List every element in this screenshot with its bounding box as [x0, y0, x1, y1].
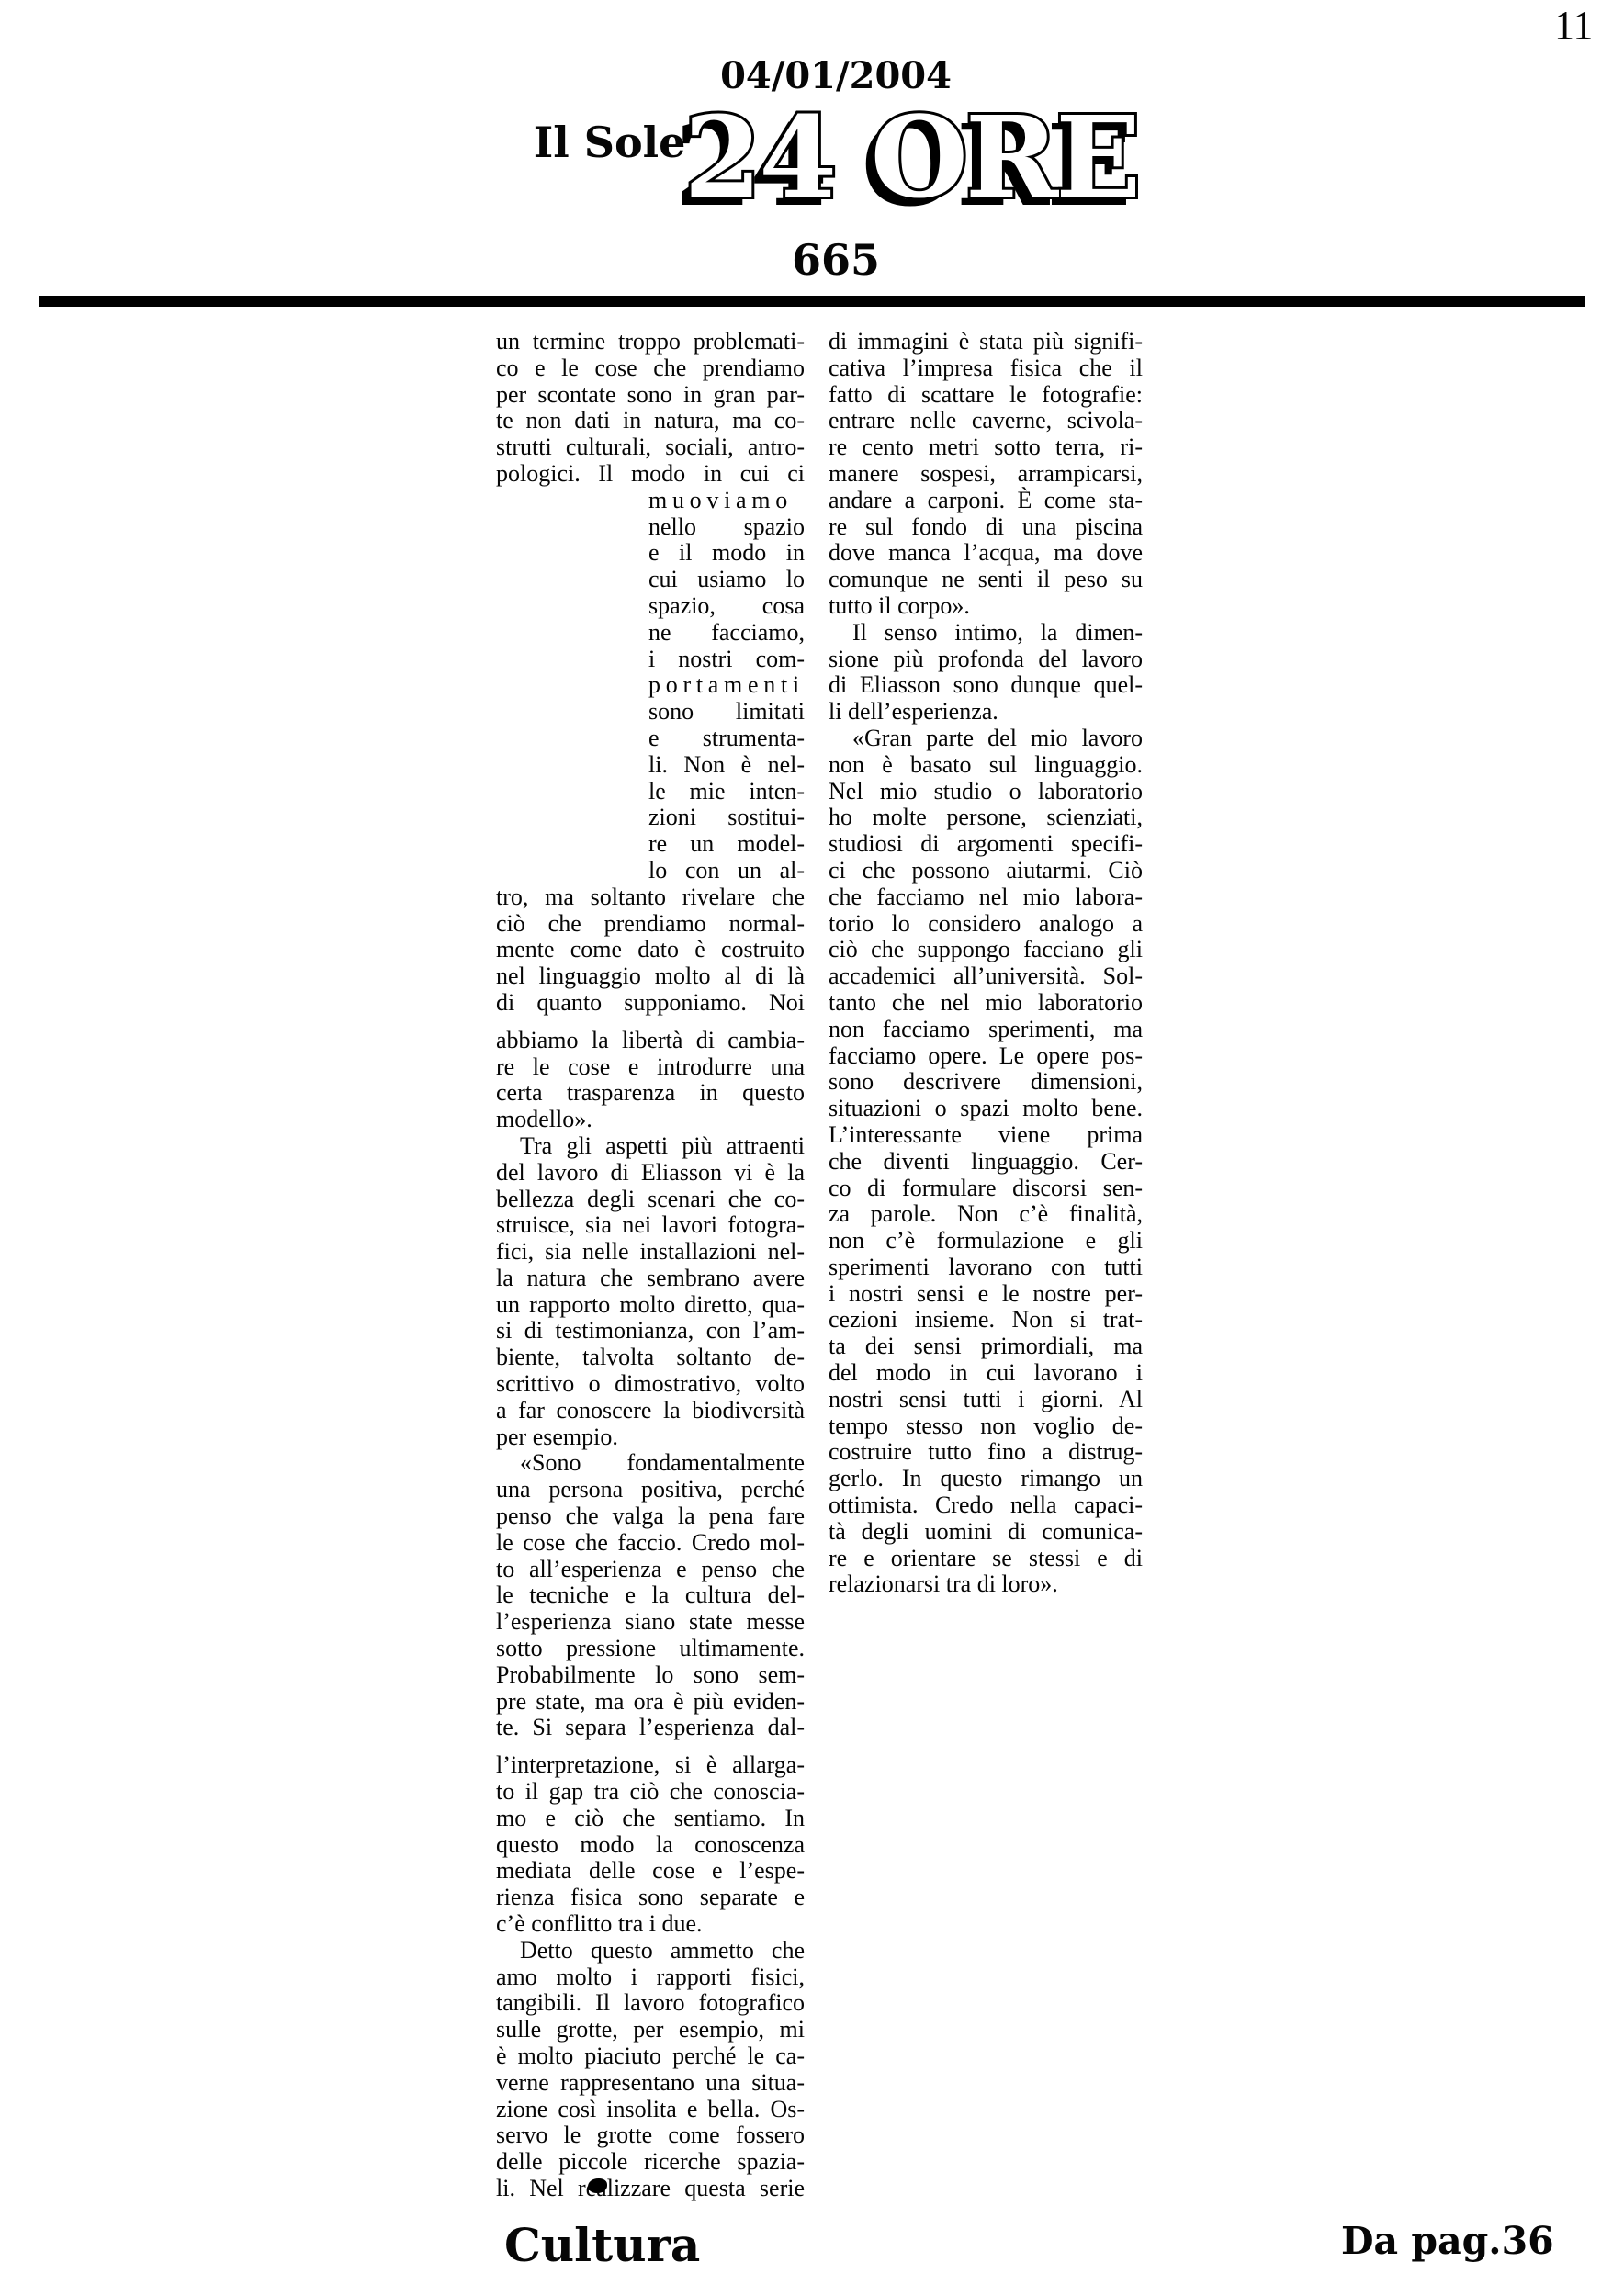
- text-line: si di testimonianza, con l’am-: [496, 1318, 805, 1345]
- text-line: to il gap tra ciò che conoscia-: [496, 1779, 805, 1806]
- text-line: struisce, sia nei lavori fotogra-: [496, 1212, 805, 1239]
- text-line: cui usiamo lo: [648, 567, 805, 593]
- text-line: questo modo la conoscenza: [496, 1832, 805, 1859]
- section-label: Cultura: [504, 2223, 700, 2268]
- text-line: lo con un al-: [648, 858, 805, 884]
- text-line: certa trasparenza in questo: [496, 1080, 805, 1107]
- text-line: le tecniche e la cultura del-: [496, 1582, 805, 1609]
- text-line: to all’esperienza e penso che: [496, 1557, 805, 1583]
- text-line: i nostri com-: [648, 647, 805, 673]
- text-line: di Eliasson sono dunque quel-: [829, 672, 1143, 699]
- text-line: studiosi di argomenti specifi-: [829, 831, 1143, 858]
- text-line: nel linguaggio molto al di là: [496, 963, 805, 990]
- text-block: muoviamonello spazioe il modo incui usia…: [648, 488, 805, 884]
- text-line: fici, sia nelle installazioni nel-: [496, 1239, 805, 1266]
- article-body: un termine troppo problemati-co e le cos…: [496, 329, 1143, 2202]
- text-line: «Sono fondamentalmente: [496, 1450, 805, 1477]
- text-line: sono descrivere dimensioni,: [829, 1069, 1143, 1096]
- text-line: biente, talvolta soltanto de-: [496, 1345, 805, 1371]
- text-line: comunque ne senti il peso su: [829, 567, 1143, 593]
- text-line: L’interessante viene prima: [829, 1122, 1143, 1149]
- text-line: delle piccole ricerche spazia-: [496, 2149, 805, 2176]
- text-line: re cento metri sotto terra, ri-: [829, 434, 1143, 461]
- text-line: non è basato sul linguaggio.: [829, 752, 1143, 779]
- text-line: muoviamo: [648, 488, 805, 514]
- text-line: un termine troppo problemati-: [496, 329, 805, 355]
- text-line: «Gran parte del mio lavoro: [829, 726, 1143, 752]
- text-line: tempo stesso non voglio de-: [829, 1413, 1143, 1440]
- text-line: facciamo opere. Le opere pos-: [829, 1043, 1143, 1070]
- text-line: cezioni insieme. Non si trat-: [829, 1307, 1143, 1334]
- text-line: Il senso intimo, la dimen-: [829, 620, 1143, 647]
- text-block: tro, ma soltanto rivelare checiò che pre…: [496, 884, 805, 2202]
- ink-smudge: [588, 2178, 607, 2193]
- text-line: non facciamo sperimenti, ma: [829, 1017, 1143, 1043]
- header-rule: [39, 296, 1585, 307]
- text-line: ho molte persone, scienziati,: [829, 805, 1143, 831]
- text-line: gerlo. In questo rimango un: [829, 1466, 1143, 1492]
- text-line: abbiamo la libertà di cambia-: [496, 1028, 805, 1054]
- text-line: di quanto supponiamo. Noi: [496, 990, 805, 1017]
- text-line: zione così insolita e bella. Os-: [496, 2097, 805, 2123]
- text-line: pre state, ma ora è più eviden-: [496, 1689, 805, 1716]
- text-line: amo molto i rapporti fisici,: [496, 1964, 805, 1991]
- text-line: e strumenta-: [648, 726, 805, 752]
- text-line: torio lo considero analogo a: [829, 911, 1143, 938]
- article-column-right: di immagini è stata più signifi-cativa l…: [829, 329, 1143, 2202]
- text-line: del lavoro di Eliasson vi è la: [496, 1160, 805, 1187]
- text-line: mente come dato è costruito: [496, 937, 805, 963]
- text-line: manere sospesi, arrampicarsi,: [829, 461, 1143, 488]
- text-line: e il modo in: [648, 540, 805, 567]
- text-line: zioni sostitui-: [648, 805, 805, 831]
- text-line: Detto questo ammetto che: [496, 1938, 805, 1964]
- text-line: i nostri sensi e le nostre per-: [829, 1281, 1143, 1308]
- text-line: sione più profonda del lavoro: [829, 647, 1143, 673]
- text-line: sperimenti lavorano con tutti: [829, 1255, 1143, 1281]
- text-line: tangibili. Il lavoro fotografico: [496, 1990, 805, 2017]
- text-line: nostri sensi tutti i giorni. Al: [829, 1387, 1143, 1413]
- text-line: za parole. Non c’è finalità,: [829, 1201, 1143, 1228]
- article-column-left: un termine troppo problemati-co e le cos…: [496, 329, 805, 2202]
- page-number: 11: [1554, 6, 1593, 46]
- text-line: re le cose e introdurre una: [496, 1054, 805, 1081]
- text-line: andare a carponi. È come sta-: [829, 488, 1143, 514]
- newspaper-page: 11 04/01/2004 Il Sole 24 ORE 665 un term…: [0, 0, 1624, 2296]
- source-page-ref: Da pag.36: [1341, 2223, 1554, 2260]
- text-line: co e le cose che prendiamo: [496, 355, 805, 382]
- masthead-logo: Il Sole 24 ORE: [478, 96, 1194, 235]
- text-line: sulle grotte, per esempio, mi: [496, 2017, 805, 2043]
- text-line: mediata delle cose e l’espe-: [496, 1858, 805, 1885]
- text-line: cativa l’impresa fisica che il: [829, 355, 1143, 382]
- text-line: li. Non è nel-: [648, 752, 805, 779]
- text-line: nello spazio: [648, 514, 805, 541]
- text-line: strutti culturali, sociali, antro-: [496, 434, 805, 461]
- text-line: ne facciamo,: [648, 620, 805, 647]
- text-line: te. Si separa l’esperienza dal-: [496, 1715, 805, 1741]
- text-line: tutto il corpo».: [829, 593, 1143, 620]
- masthead-24ore-logotype: 24 ORE: [683, 96, 1138, 219]
- masthead: 04/01/2004 Il Sole 24 ORE 665: [478, 57, 1194, 281]
- text-line: è molto piaciuto perché le ca-: [496, 2043, 805, 2070]
- text-line: spazio, cosa: [648, 593, 805, 620]
- text-line: una persona positiva, perché: [496, 1477, 805, 1503]
- text-line: bellezza degli scenari che co-: [496, 1187, 805, 1213]
- text-line: li dell’esperienza.: [829, 699, 1143, 726]
- text-line: sono limitati: [648, 699, 805, 726]
- masthead-date: 04/01/2004: [478, 57, 1194, 96]
- text-line: co di formulare discorsi sen-: [829, 1176, 1143, 1202]
- text-line: entrare nelle caverne, scivola-: [829, 408, 1143, 434]
- masthead-ilsole-text: Il Sole: [534, 121, 686, 163]
- text-line: verne rappresentano una situa-: [496, 2070, 805, 2097]
- text-line: ciò che prendiamo normal-: [496, 911, 805, 938]
- text-line: Nel mio studio o laboratorio: [829, 779, 1143, 805]
- text-line: per scontate sono in gran par-: [496, 382, 805, 409]
- text-line: pologici. Il modo in cui ci: [496, 461, 805, 488]
- text-line: mo e ciò che sentiamo. In: [496, 1806, 805, 1832]
- text-line: relazionarsi tra di loro».: [829, 1571, 1143, 1598]
- text-line: l’esperienza siano state messe: [496, 1609, 805, 1636]
- text-line: a far conoscere la biodiversità: [496, 1398, 805, 1424]
- text-line: un rapporto molto diretto, qua-: [496, 1292, 805, 1319]
- text-line: re sul fondo di una piscina: [829, 514, 1143, 541]
- text-line: ta dei sensi primordiali, ma: [829, 1334, 1143, 1360]
- text-line: del modo in cui lavorano i: [829, 1360, 1143, 1387]
- text-line: situazioni o spazi molto bene.: [829, 1096, 1143, 1122]
- text-line: la natura che sembrano avere: [496, 1266, 805, 1292]
- text-line: che facciamo nel mio labora-: [829, 884, 1143, 911]
- text-line: le cose che faccio. Credo mol-: [496, 1530, 805, 1557]
- text-line: l’interpretazione, si è allarga-: [496, 1752, 805, 1779]
- text-line: ciò che suppongo facciano gli: [829, 937, 1143, 963]
- text-line: scrittivo o dimostrativo, volto: [496, 1371, 805, 1398]
- text-line: c’è conflitto tra i due.: [496, 1911, 805, 1938]
- text-line: penso che valga la pena fare: [496, 1503, 805, 1530]
- text-line: portamenti: [648, 672, 805, 699]
- text-line: dove manca l’acqua, ma dove: [829, 540, 1143, 567]
- text-line: tà degli uomini di comunica-: [829, 1519, 1143, 1546]
- text-line: ottimista. Credo nella capaci-: [829, 1492, 1143, 1519]
- text-line: che diventi linguaggio. Cer-: [829, 1149, 1143, 1176]
- text-line: servo le grotte come fossero: [496, 2122, 805, 2149]
- text-line: non c’è formulazione e gli: [829, 1228, 1143, 1255]
- text-line: re e orientare se stessi e di: [829, 1546, 1143, 1572]
- text-line: re un model-: [648, 831, 805, 858]
- text-line: te non dati in natura, ma co-: [496, 408, 805, 434]
- text-line: Probabilmente lo sono sem-: [496, 1662, 805, 1689]
- text-line: modello».: [496, 1107, 805, 1133]
- text-line: li. Nel realizzare questa serie: [496, 2176, 805, 2202]
- text-line: ci che possono aiutarmi. Ciò: [829, 858, 1143, 884]
- text-line: tro, ma soltanto rivelare che: [496, 884, 805, 911]
- text-line: di immagini è stata più signifi-: [829, 329, 1143, 355]
- text-line: tanto che nel mio laboratorio: [829, 990, 1143, 1017]
- text-line: fatto di scattare le fotografie:: [829, 382, 1143, 409]
- text-line: rienza fisica sono separate e: [496, 1885, 805, 1911]
- text-line: costruire tutto fino a distrug-: [829, 1439, 1143, 1466]
- text-block: un termine troppo problemati-co e le cos…: [496, 329, 805, 488]
- text-line: sotto pressione ultimamente.: [496, 1636, 805, 1662]
- text-line: per esempio.: [496, 1424, 805, 1451]
- text-line: le mie inten-: [648, 779, 805, 805]
- text-line: accademici all’università. Sol-: [829, 963, 1143, 990]
- text-line: Tra gli aspetti più attraenti: [496, 1133, 805, 1160]
- text-block: di immagini è stata più signifi-cativa l…: [829, 329, 1143, 1598]
- edition-number: 665: [478, 239, 1194, 281]
